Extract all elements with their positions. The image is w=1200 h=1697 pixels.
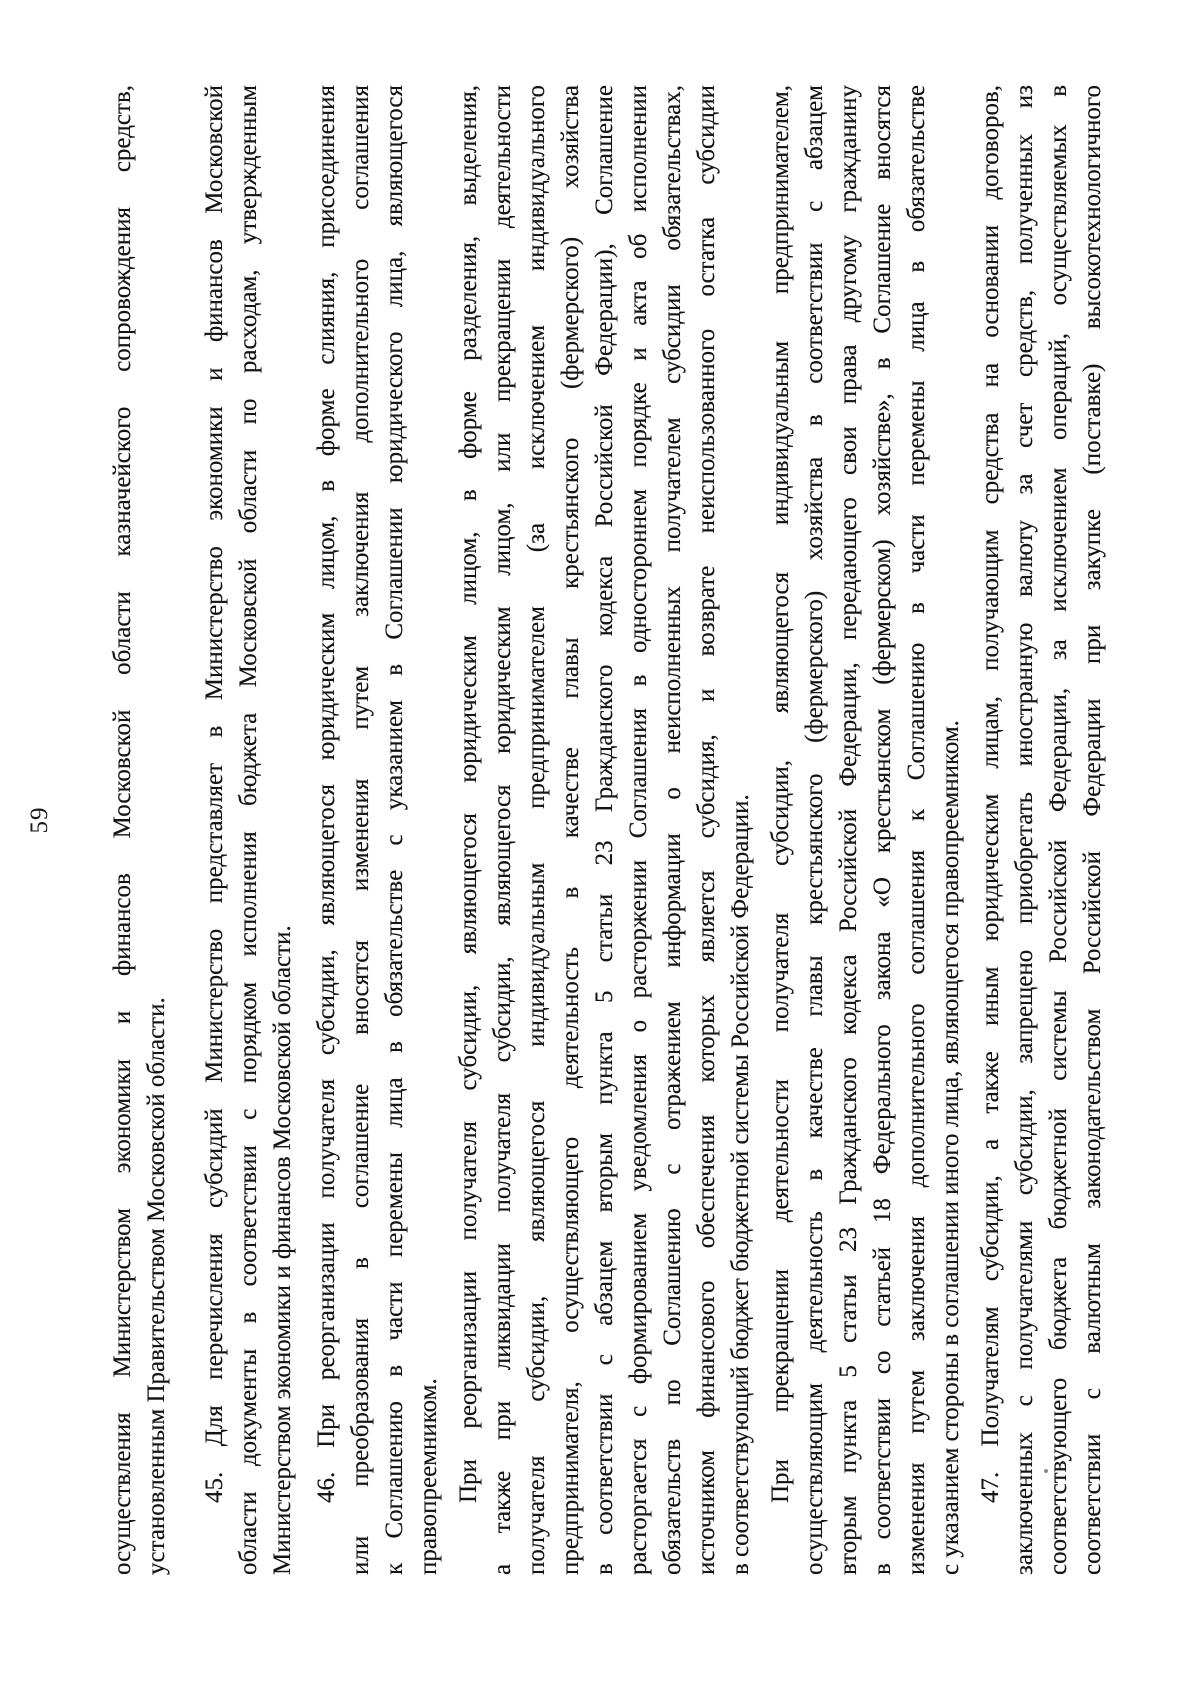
text-line: соответствующего бюджета бюджетной систе…: [1042, 85, 1076, 1575]
text-line: соответствии с валютным законодательство…: [1076, 85, 1110, 1575]
text-line: Министерством экономики и финансов Моско…: [266, 85, 300, 1575]
text-line: 46. При реорганизации получателя субсиди…: [310, 85, 344, 1575]
paragraph: 47. Получателям субсидии, а также иным ю…: [974, 85, 1110, 1575]
paragraph: 45. Для перечисления субсидий Министерст…: [198, 85, 300, 1575]
text-line: предпринимателя, осуществляющего деятель…: [554, 85, 588, 1575]
text-line: заключенных с получателями субсидии, зап…: [1008, 85, 1042, 1575]
paragraph: При реорганизации получателя субсидии, я…: [452, 85, 758, 1575]
text-line: При прекращении деятельности получателя …: [764, 85, 798, 1575]
text-line: в соответствии со статьей 18 Федеральног…: [866, 85, 900, 1575]
text-line: При реорганизации получателя субсидии, я…: [452, 85, 486, 1575]
text-line: а также при ликвидации получателя субсид…: [486, 85, 520, 1575]
text-line: с указанием стороны в соглашении иного л…: [934, 85, 968, 1575]
text-line: правопреемником.: [412, 85, 446, 1575]
text-line: расторгается с формированием уведомления…: [622, 85, 656, 1575]
scanned-document-page: 59 осуществления Министерством экономики…: [0, 0, 1200, 1697]
document-text: осуществления Министерством экономики и …: [106, 85, 1110, 1575]
text-line: осуществления Министерством экономики и …: [106, 85, 140, 1575]
text-line: или преобразования в соглашение вносятся…: [344, 85, 378, 1575]
text-line: в соответствии с абзацем вторым пункта 5…: [588, 85, 622, 1575]
paragraph: 46. При реорганизации получателя субсиди…: [310, 85, 446, 1575]
paragraph: осуществления Министерством экономики и …: [106, 85, 174, 1575]
text-line: установленным Правительством Московской …: [140, 85, 174, 1575]
text-line: в соответствующий бюджет бюджетной систе…: [724, 85, 758, 1575]
text-line: осуществляющим деятельность в качестве г…: [798, 85, 832, 1575]
scan-artifact: [1044, 1469, 1048, 1473]
text-line: вторым пункта 5 статьи 23 Гражданского к…: [832, 85, 866, 1575]
text-line: обязательств по Соглашению с отражением …: [656, 85, 690, 1575]
paragraph: При прекращении деятельности получателя …: [764, 85, 968, 1575]
rotated-page-content: 59 осуществления Министерством экономики…: [0, 0, 1200, 1697]
text-line: изменения путем заключения дополнительно…: [900, 85, 934, 1575]
text-line: получателя субсидии, являющегося индивид…: [520, 85, 554, 1575]
text-line: области документы в соответствии с поряд…: [232, 85, 266, 1575]
text-line: 47. Получателям субсидии, а также иным ю…: [974, 85, 1008, 1575]
text-line: к Соглашению в части перемены лица в обя…: [378, 85, 412, 1575]
text-line: 45. Для перечисления субсидий Министерст…: [198, 85, 232, 1575]
page-number: 59: [26, 0, 54, 1697]
text-line: источником финансового обеспечения котор…: [690, 85, 724, 1575]
